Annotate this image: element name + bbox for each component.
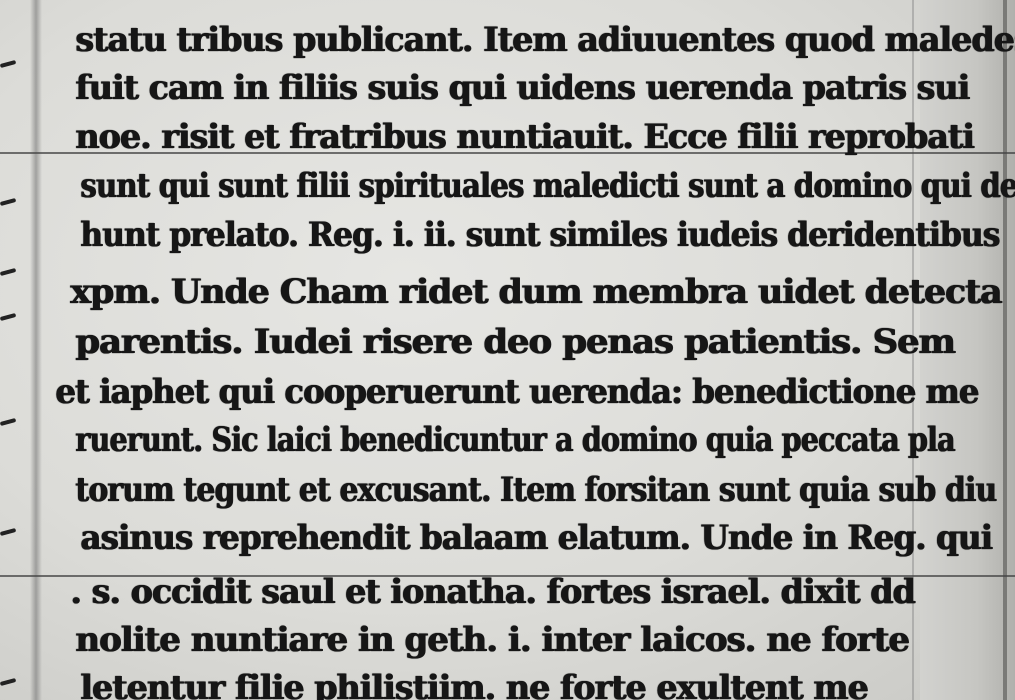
- margin-ruling-left: [30, 0, 42, 700]
- margin-ink-mark: [0, 198, 16, 206]
- page-edge: [1003, 0, 1007, 700]
- manuscript-line-14: letentur filie philistiim. ne forte exul…: [80, 668, 867, 700]
- manuscript-line-6: xpm. Unde Cham ridet dum membra uidet de…: [70, 272, 1001, 312]
- manuscript-line-10: torum tegunt et excusant. Item forsitan …: [75, 470, 996, 510]
- margin-ink-mark: [0, 418, 16, 426]
- manuscript-line-11: asinus reprehendit balaam elatum. Unde i…: [80, 518, 992, 558]
- manuscript-line-9: ruerunt. Sic laici benedicuntur a domino…: [75, 420, 954, 460]
- margin-ink-mark: [0, 528, 16, 536]
- manuscript-line-12: . s. occidit saul et ionatha. fortes isr…: [70, 572, 914, 612]
- margin-ink-mark: [0, 678, 16, 686]
- margin-ink-mark: [0, 313, 16, 321]
- margin-ink-mark: [0, 60, 16, 68]
- manuscript-line-2: fuit cam in filiis suis qui uidens ueren…: [75, 68, 969, 108]
- manuscript-line-7: parentis. Iudei risere deo penas patient…: [75, 322, 955, 362]
- margin-ink-mark: [0, 268, 16, 276]
- manuscript-line-8: et iaphet qui cooperuerunt uerenda: bene…: [55, 372, 978, 412]
- manuscript-line-13: nolite nuntiare in geth. i. inter laicos…: [75, 620, 909, 660]
- manuscript-line-5: hunt prelato. Reg. i. ii. sunt similes i…: [80, 215, 999, 255]
- manuscript-line-1: statu tribus publicant. Item adiuuentes …: [75, 20, 1015, 60]
- manuscript-page: statu tribus publicant. Item adiuuentes …: [0, 0, 1015, 700]
- manuscript-line-3: noe. risit et fratribus nuntiauit. Ecce …: [75, 117, 974, 157]
- manuscript-line-4: sunt qui sunt filii spirituales maledict…: [80, 166, 1015, 206]
